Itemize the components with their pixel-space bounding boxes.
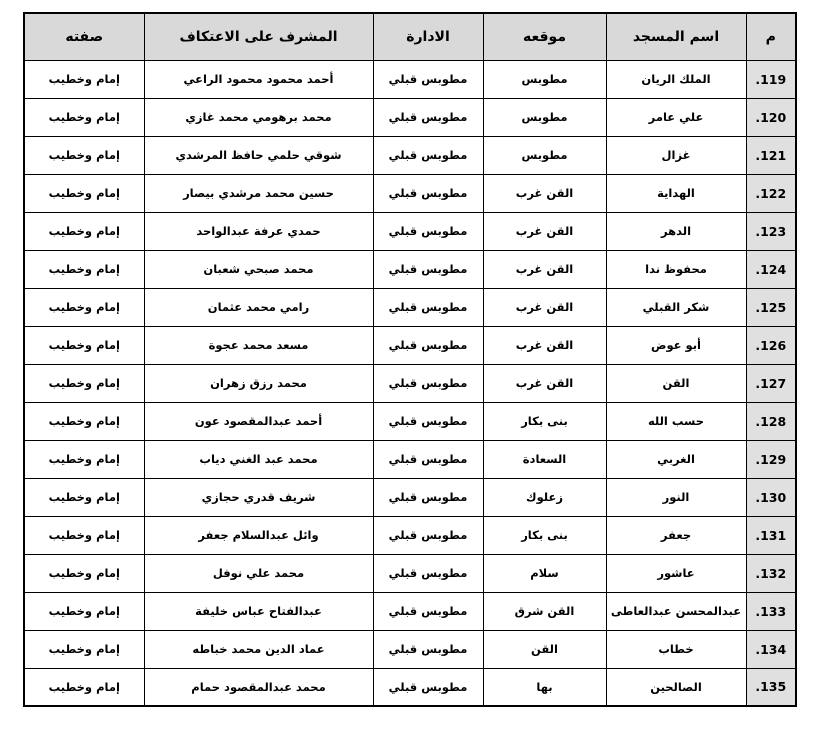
row-number-cell: .120 xyxy=(746,98,796,136)
supervisor-cell: شوقي حلمي حافظ المرشدي xyxy=(144,136,373,174)
col-header-mosque-name: اسم المسجد xyxy=(606,13,746,60)
role-cell: إمام وخطيب xyxy=(24,288,144,326)
administration-cell: مطوبس قبلي xyxy=(373,364,483,402)
role-cell: إمام وخطيب xyxy=(24,630,144,668)
location-cell: زعلوك xyxy=(483,478,606,516)
administration-cell: مطوبس قبلي xyxy=(373,212,483,250)
administration-cell: مطوبس قبلي xyxy=(373,250,483,288)
administration-cell: مطوبس قبلي xyxy=(373,478,483,516)
table-row: .134خطابالقنمطوبس قبليعماد الدين محمد خب… xyxy=(24,630,796,668)
col-header-supervisor: المشرف على الاعتكاف xyxy=(144,13,373,60)
administration-cell: مطوبس قبلي xyxy=(373,516,483,554)
supervisor-cell: شريف قدري حجازي xyxy=(144,478,373,516)
role-cell: إمام وخطيب xyxy=(24,402,144,440)
mosque-name-cell: شكر القبلي xyxy=(606,288,746,326)
role-cell: إمام وخطيب xyxy=(24,364,144,402)
supervisor-cell: محمد رزق زهران xyxy=(144,364,373,402)
col-header-number: م xyxy=(746,13,796,60)
supervisor-cell: أحمد محمود محمود الراعي xyxy=(144,60,373,98)
mosque-name-cell: عبدالمحسن عبدالعاطى xyxy=(606,592,746,630)
mosque-name-cell: أبو عوض xyxy=(606,326,746,364)
administration-cell: مطوبس قبلي xyxy=(373,630,483,668)
location-cell: القن غرب xyxy=(483,250,606,288)
administration-cell: مطوبس قبلي xyxy=(373,554,483,592)
supervisor-cell: محمد عبد الغني دياب xyxy=(144,440,373,478)
table-row: .130النورزعلوكمطوبس قبليشريف قدري حجازيإ… xyxy=(24,478,796,516)
administration-cell: مطوبس قبلي xyxy=(373,326,483,364)
role-cell: إمام وخطيب xyxy=(24,326,144,364)
administration-cell: مطوبس قبلي xyxy=(373,440,483,478)
table-row: .123الدهرالقن غربمطوبس قبليحمدي عرفة عبد… xyxy=(24,212,796,250)
mosque-name-cell: عاشور xyxy=(606,554,746,592)
table-row: .131جعفربنى بكارمطوبس قبليوائل عبدالسلام… xyxy=(24,516,796,554)
role-cell: إمام وخطيب xyxy=(24,98,144,136)
table-header: م اسم المسجد موقعه الادارة المشرف على ال… xyxy=(24,13,796,60)
administration-cell: مطوبس قبلي xyxy=(373,288,483,326)
mosque-name-cell: النور xyxy=(606,478,746,516)
location-cell: القن غرب xyxy=(483,326,606,364)
administration-cell: مطوبس قبلي xyxy=(373,136,483,174)
supervisor-cell: محمد صبحي شعبان xyxy=(144,250,373,288)
row-number-cell: .129 xyxy=(746,440,796,478)
location-cell: القن شرق xyxy=(483,592,606,630)
table-row: .125شكر القبليالقن غربمطوبس قبليرامي محم… xyxy=(24,288,796,326)
mosque-name-cell: الغربي xyxy=(606,440,746,478)
row-number-cell: .126 xyxy=(746,326,796,364)
supervisor-cell: عماد الدين محمد خباطه xyxy=(144,630,373,668)
supervisor-cell: محمد علي نوفل xyxy=(144,554,373,592)
mosques-itikaf-table: م اسم المسجد موقعه الادارة المشرف على ال… xyxy=(23,12,797,707)
table-row: .120علي عامرمطوبسمطوبس قبليمحمد برهومي م… xyxy=(24,98,796,136)
role-cell: إمام وخطيب xyxy=(24,174,144,212)
location-cell: مطوبس xyxy=(483,60,606,98)
role-cell: إمام وخطيب xyxy=(24,516,144,554)
table-row: .132عاشورسلاممطوبس قبليمحمد علي نوفلإمام… xyxy=(24,554,796,592)
supervisor-cell: أحمد عبدالمقصود عون xyxy=(144,402,373,440)
role-cell: إمام وخطيب xyxy=(24,554,144,592)
table-row: .129الغربيالسعادةمطوبس قبليمحمد عبد الغن… xyxy=(24,440,796,478)
table-row: .126أبو عوضالقن غربمطوبس قبليمسعد محمد ع… xyxy=(24,326,796,364)
administration-cell: مطوبس قبلي xyxy=(373,174,483,212)
mosque-name-cell: حسب الله xyxy=(606,402,746,440)
location-cell: القن غرب xyxy=(483,174,606,212)
role-cell: إمام وخطيب xyxy=(24,250,144,288)
location-cell: القن غرب xyxy=(483,212,606,250)
row-number-cell: .127 xyxy=(746,364,796,402)
header-row: م اسم المسجد موقعه الادارة المشرف على ال… xyxy=(24,13,796,60)
supervisor-cell: محمد عبدالمقصود حمام xyxy=(144,668,373,706)
location-cell: بنى بكار xyxy=(483,516,606,554)
role-cell: إمام وخطيب xyxy=(24,592,144,630)
location-cell: مطوبس xyxy=(483,136,606,174)
table-body: .119الملك الريانمطوبسمطوبس قبليأحمد محمو… xyxy=(24,60,796,706)
role-cell: إمام وخطيب xyxy=(24,440,144,478)
location-cell: القن xyxy=(483,630,606,668)
row-number-cell: .119 xyxy=(746,60,796,98)
table-row: .128حسب اللهبنى بكارمطوبس قبليأحمد عبدال… xyxy=(24,402,796,440)
table-row: .124محفوظ نداالقن غربمطوبس قبليمحمد صبحي… xyxy=(24,250,796,288)
administration-cell: مطوبس قبلي xyxy=(373,402,483,440)
supervisor-cell: حسين محمد مرشدي بيصار xyxy=(144,174,373,212)
table-row: .127القنالقن غربمطوبس قبليمحمد رزق زهران… xyxy=(24,364,796,402)
mosque-name-cell: الدهر xyxy=(606,212,746,250)
role-cell: إمام وخطيب xyxy=(24,668,144,706)
table-row: .119الملك الريانمطوبسمطوبس قبليأحمد محمو… xyxy=(24,60,796,98)
mosque-name-cell: الصالحين xyxy=(606,668,746,706)
row-number-cell: .132 xyxy=(746,554,796,592)
mosque-name-cell: غزال xyxy=(606,136,746,174)
supervisor-cell: رامي محمد عثمان xyxy=(144,288,373,326)
supervisor-cell: مسعد محمد عجوة xyxy=(144,326,373,364)
supervisor-cell: وائل عبدالسلام جعفر xyxy=(144,516,373,554)
location-cell: سلام xyxy=(483,554,606,592)
administration-cell: مطوبس قبلي xyxy=(373,592,483,630)
col-header-location: موقعه xyxy=(483,13,606,60)
mosque-name-cell: القن xyxy=(606,364,746,402)
supervisor-cell: عبدالفتاح عباس خليفة xyxy=(144,592,373,630)
row-number-cell: .125 xyxy=(746,288,796,326)
row-number-cell: .128 xyxy=(746,402,796,440)
row-number-cell: .134 xyxy=(746,630,796,668)
document-page: م اسم المسجد موقعه الادارة المشرف على ال… xyxy=(23,12,797,707)
mosque-name-cell: الهداية xyxy=(606,174,746,212)
mosque-name-cell: خطاب xyxy=(606,630,746,668)
col-header-role: صفته xyxy=(24,13,144,60)
mosque-name-cell: الملك الريان xyxy=(606,60,746,98)
table-row: .133عبدالمحسن عبدالعاطىالقن شرقمطوبس قبل… xyxy=(24,592,796,630)
row-number-cell: .133 xyxy=(746,592,796,630)
mosque-name-cell: جعفر xyxy=(606,516,746,554)
location-cell: القن غرب xyxy=(483,288,606,326)
row-number-cell: .121 xyxy=(746,136,796,174)
row-number-cell: .123 xyxy=(746,212,796,250)
role-cell: إمام وخطيب xyxy=(24,212,144,250)
location-cell: القن غرب xyxy=(483,364,606,402)
role-cell: إمام وخطيب xyxy=(24,60,144,98)
mosque-name-cell: علي عامر xyxy=(606,98,746,136)
row-number-cell: .135 xyxy=(746,668,796,706)
location-cell: بنى بكار xyxy=(483,402,606,440)
table-row: .135الصالحينبهامطوبس قبليمحمد عبدالمقصود… xyxy=(24,668,796,706)
row-number-cell: .131 xyxy=(746,516,796,554)
role-cell: إمام وخطيب xyxy=(24,136,144,174)
row-number-cell: .124 xyxy=(746,250,796,288)
location-cell: مطوبس xyxy=(483,98,606,136)
row-number-cell: .130 xyxy=(746,478,796,516)
location-cell: بها xyxy=(483,668,606,706)
col-header-administration: الادارة xyxy=(373,13,483,60)
row-number-cell: .122 xyxy=(746,174,796,212)
supervisor-cell: محمد برهومي محمد غازي xyxy=(144,98,373,136)
administration-cell: مطوبس قبلي xyxy=(373,60,483,98)
table-row: .122الهدايةالقن غربمطوبس قبليحسين محمد م… xyxy=(24,174,796,212)
location-cell: السعادة xyxy=(483,440,606,478)
supervisor-cell: حمدي عرفة عبدالواحد xyxy=(144,212,373,250)
administration-cell: مطوبس قبلي xyxy=(373,98,483,136)
mosque-name-cell: محفوظ ندا xyxy=(606,250,746,288)
role-cell: إمام وخطيب xyxy=(24,478,144,516)
administration-cell: مطوبس قبلي xyxy=(373,668,483,706)
table-row: .121غزالمطوبسمطوبس قبليشوقي حلمي حافظ ال… xyxy=(24,136,796,174)
